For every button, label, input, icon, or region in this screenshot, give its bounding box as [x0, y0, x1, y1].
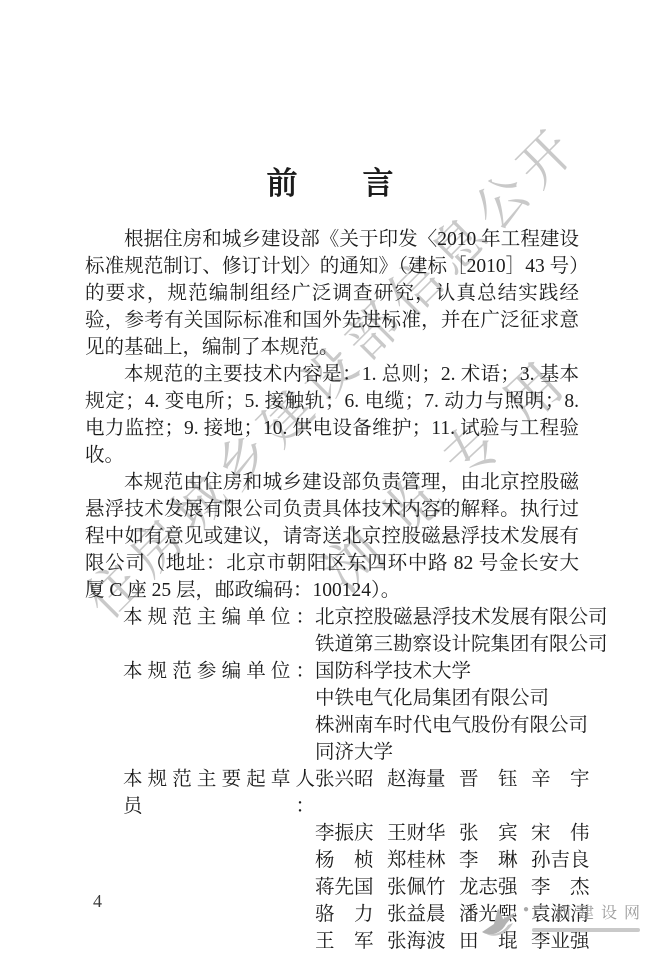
drafter-name: 王财华 — [387, 820, 446, 847]
participating-unit: 国防科学技术大学 — [315, 658, 471, 685]
page-number: 4 — [93, 891, 102, 912]
drafter-name: 张兴昭 — [315, 766, 374, 820]
chief-editor-label: 本规范主编单位： — [123, 604, 315, 631]
label-spacer — [123, 874, 315, 901]
drafters-row: 蒋先国 张佩竹 龙志强 李 杰 — [315, 874, 603, 901]
label-spacer — [123, 631, 315, 658]
drafters-line: 李振庆 王财华 张 宾 宋 伟 — [85, 820, 579, 847]
chief-editor-unit: 铁道第三勘察设计院集团有限公司 — [315, 631, 608, 658]
drafter-name: 孙吉良 — [531, 847, 590, 874]
label-spacer — [123, 820, 315, 847]
participating-unit-line: 中铁电气化局集团有限公司 — [85, 685, 579, 712]
drafter-name: 李 琳 — [459, 847, 518, 874]
preface-paragraph-3: 本规范由住房和城乡建设部负责管理，由北京控股磁悬浮技术发展有限公司负责具体技术内… — [85, 469, 579, 604]
drafter-name: 晋 钰 — [459, 766, 518, 820]
chief-editor-line: 铁道第三勘察设计院集团有限公司 — [85, 631, 579, 658]
drafter-name: 骆 力 — [315, 901, 374, 928]
participating-unit-line: 株洲南车时代电气股份有限公司 — [85, 712, 579, 739]
participating-unit-line: 本规范参编单位： 国防科学技术大学 — [85, 658, 579, 685]
drafter-name: 张佩竹 — [387, 874, 446, 901]
preface-paragraph-2: 本规范的主要技术内容是：1. 总则；2. 术语；3. 基本规定；4. 变电所；5… — [85, 361, 579, 469]
drafter-name: 张 宾 — [459, 820, 518, 847]
logo-site-name: 广西建设网 — [532, 903, 647, 925]
logo-text-block: 广西建设网 — [532, 903, 647, 932]
drafter-name: 杨 桢 — [315, 847, 374, 874]
participating-unit-line: 同济大学 — [85, 739, 579, 766]
label-spacer — [123, 928, 315, 955]
drafter-name: 李 杰 — [531, 874, 590, 901]
drafters-line: 杨 桢 郑桂林 李 琳 孙吉良 — [85, 847, 579, 874]
drafters-line: 蒋先国 张佩竹 龙志强 李 杰 — [85, 874, 579, 901]
preface-paragraph-1: 根据住房和城乡建设部《关于印发〈2010 年工程建设标准规范制订、修订计划〉的通… — [85, 226, 579, 361]
star-swoosh-logo-icon — [479, 903, 519, 939]
document-page: 住房城乡建设部信息公开 浏览专用 前 言 根据住房和城乡建设部《关于印发〈201… — [0, 0, 661, 958]
drafter-name: 赵海量 — [387, 766, 446, 820]
participating-unit: 株洲南车时代电气股份有限公司 — [315, 712, 588, 739]
drafter-name: 张益晨 — [387, 901, 446, 928]
drafter-name: 郑桂林 — [387, 847, 446, 874]
drafter-name: 宋 伟 — [531, 820, 590, 847]
chief-editor-line: 本规范主编单位： 北京控股磁悬浮技术发展有限公司 — [85, 604, 579, 631]
participating-label: 本规范参编单位： — [123, 658, 315, 685]
preface-content: 根据住房和城乡建设部《关于印发〈2010 年工程建设标准规范制订、修订计划〉的通… — [85, 226, 579, 955]
drafter-name: 蒋先国 — [315, 874, 374, 901]
drafter-name: 李振庆 — [315, 820, 374, 847]
label-spacer — [123, 901, 315, 928]
drafter-name: 辛 宇 — [531, 766, 590, 820]
chief-editor-unit: 北京控股磁悬浮技术发展有限公司 — [315, 604, 608, 631]
drafters-row: 李振庆 王财华 张 宾 宋 伟 — [315, 820, 603, 847]
label-spacer — [123, 712, 315, 739]
drafters-row: 张兴昭 赵海量 晋 钰 辛 宇 — [315, 766, 603, 820]
participating-unit: 同济大学 — [315, 739, 393, 766]
site-logo: ● 广西建设网 — [479, 903, 647, 939]
logo-dot-icon: ● — [523, 903, 529, 917]
drafter-name: 张海波 — [387, 928, 446, 955]
drafters-row: 杨 桢 郑桂林 李 琳 孙吉良 — [315, 847, 603, 874]
label-spacer — [123, 739, 315, 766]
drafters-line: 本规范主要起草人员： 张兴昭 赵海量 晋 钰 辛 宇 — [85, 766, 579, 820]
drafters-label: 本规范主要起草人员： — [123, 766, 315, 820]
label-spacer — [123, 685, 315, 712]
label-spacer — [123, 847, 315, 874]
participating-unit: 中铁电气化局集团有限公司 — [315, 685, 549, 712]
drafter-name: 王 军 — [315, 928, 374, 955]
logo-tagline — [532, 928, 640, 932]
drafter-name: 龙志强 — [459, 874, 518, 901]
page-title: 前 言 — [0, 158, 661, 203]
